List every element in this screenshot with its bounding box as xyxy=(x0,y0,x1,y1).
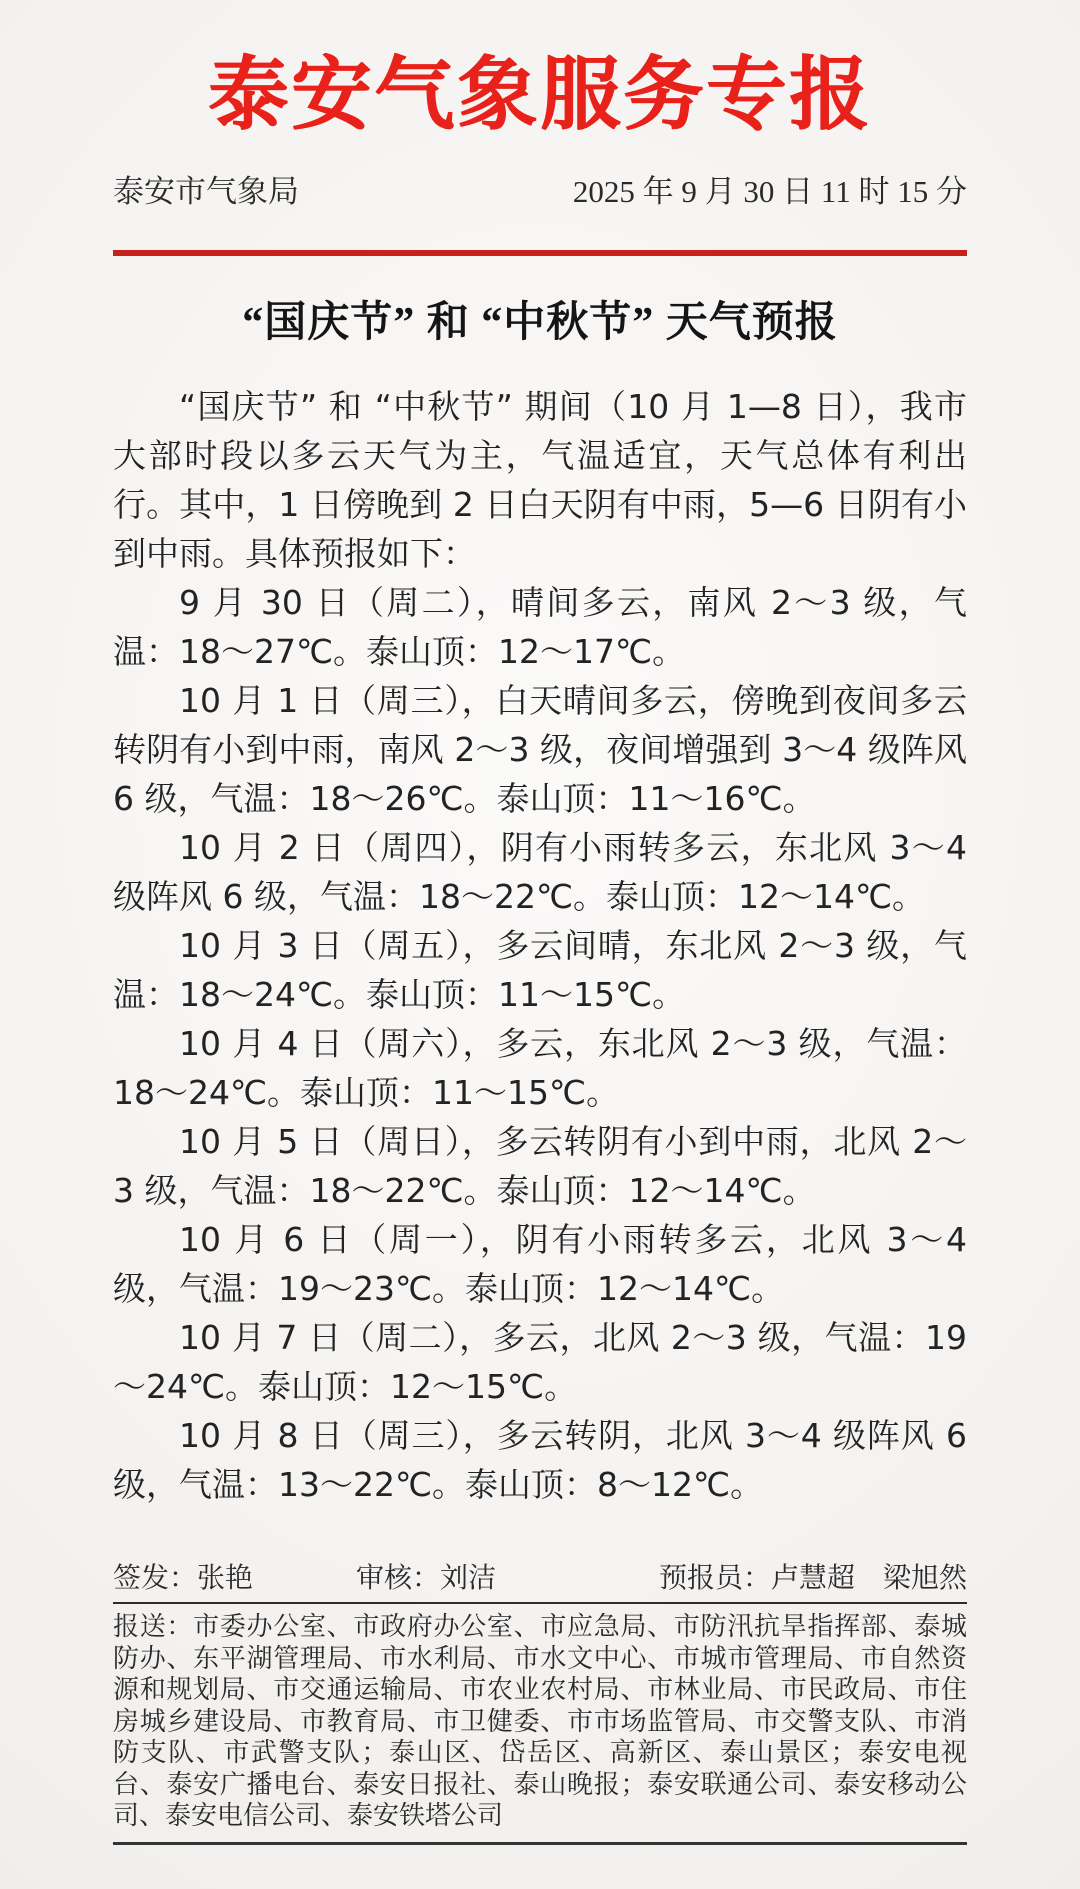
distribution-list: 报送：市委办公室、市政府办公室、市应急局、市防汛抗旱指挥部、泰城防办、东平湖管理… xyxy=(113,1611,967,1832)
reviewer-signature: 审核：刘洁 xyxy=(356,1561,496,1597)
forecast-paragraph-oct2: 10 月 2 日（周四），阴有小雨转多云，东北风 3～4 级阵风 6 级，气温：… xyxy=(113,823,967,921)
meta-row: 泰安市气象局 2025 年 9 月 30 日 11 时 15 分 xyxy=(113,172,967,212)
forecast-paragraph-oct6: 10 月 6 日（周一），阴有小雨转多云，北风 3～4 级，气温：19～23℃。… xyxy=(113,1215,967,1313)
forecast-body: “国庆节” 和 “中秋节” 期间（10 月 1—8 日），我市大部时段以多云天气… xyxy=(113,382,967,1509)
intro-paragraph: “国庆节” 和 “中秋节” 期间（10 月 1—8 日），我市大部时段以多云天气… xyxy=(113,382,967,578)
forecast-paragraph-oct4: 10 月 4 日（周六），多云，东北风 2～3 级，气温：18～24℃。泰山顶：… xyxy=(113,1019,967,1117)
issuer-signature: 签发：张艳 xyxy=(113,1561,253,1597)
forecast-paragraph-sep30: 9 月 30 日（周二），晴间多云，南风 2～3 级，气温：18～27℃。泰山顶… xyxy=(113,578,967,676)
forecast-paragraph-oct8: 10 月 8 日（周三），多云转阴，北风 3～4 级阵风 6 级，气温：13～2… xyxy=(113,1411,967,1509)
signoff-row: 签发：张艳 审核：刘洁 预报员：卢慧超 梁旭然 xyxy=(113,1561,967,1597)
masthead-title: 泰安气象服务专报 xyxy=(113,0,967,142)
agency-name: 泰安市气象局 xyxy=(113,172,299,212)
bulletin-page: 泰安气象服务专报 泰安市气象局 2025 年 9 月 30 日 11 时 15 … xyxy=(0,0,1080,1889)
forecast-paragraph-oct3: 10 月 3 日（周五），多云间晴，东北风 2～3 级，气温：18～24℃。泰山… xyxy=(113,921,967,1019)
forecaster-names: 预报员：卢慧超 梁旭然 xyxy=(659,1561,967,1597)
bottom-divider xyxy=(113,1842,967,1845)
red-divider xyxy=(113,250,967,256)
forecast-paragraph-oct5: 10 月 5 日（周日），多云转阴有小到中雨，北风 2～3 级，气温：18～22… xyxy=(113,1117,967,1215)
issue-datetime: 2025 年 9 月 30 日 11 时 15 分 xyxy=(573,172,967,212)
forecast-paragraph-oct1: 10 月 1 日（周三），白天晴间多云，傍晚到夜间多云转阴有小到中雨，南风 2～… xyxy=(113,676,967,823)
footer-divider xyxy=(113,1602,967,1604)
report-headline: “国庆节” 和 “中秋节” 天气预报 xyxy=(113,300,967,346)
forecast-paragraph-oct7: 10 月 7 日（周二），多云，北风 2～3 级，气温：19～24℃。泰山顶：1… xyxy=(113,1313,967,1411)
